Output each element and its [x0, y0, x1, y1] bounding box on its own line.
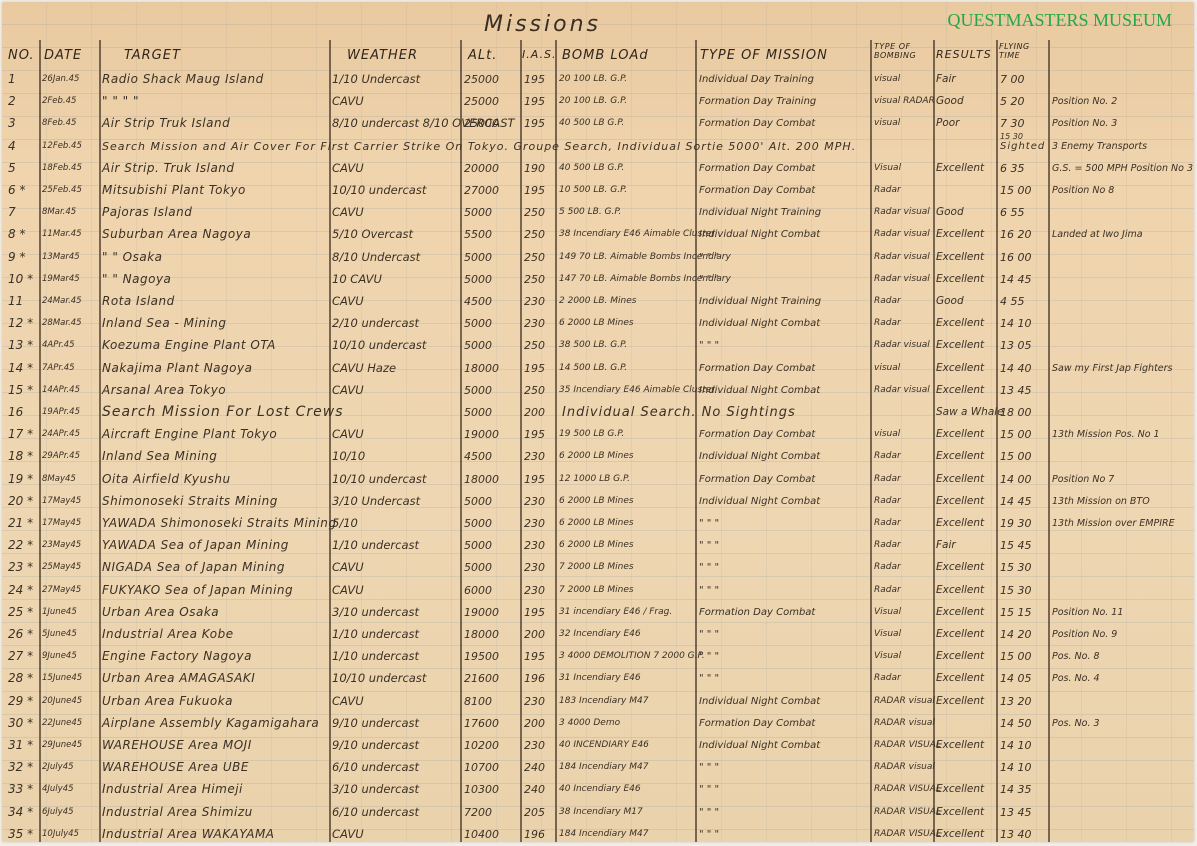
- table-row: 6 *25Feb.45Mitsubishi Plant Tokyo10/10 u…: [2, 179, 1194, 202]
- mission-type: Formation Day Combat: [699, 112, 869, 135]
- mission-bombing-type: Visual: [874, 623, 934, 646]
- mission-flying-time: 13 20: [1000, 690, 1046, 713]
- mission-number: 18 *: [8, 445, 42, 468]
- mission-bombing-type: Radar visual: [874, 334, 934, 357]
- table-row: 24 *27May45FUKYAKO Sea of Japan MiningCA…: [2, 579, 1194, 602]
- mission-type: Formation Day Combat: [699, 468, 869, 491]
- mission-type: Individual Night Training: [699, 201, 869, 224]
- mission-altitude: 7200: [464, 801, 520, 824]
- mission-altitude: 18000: [464, 623, 520, 646]
- mission-bomb-load: 5 500 LB. G.P.: [559, 201, 695, 224]
- mission-number: 26 *: [8, 623, 42, 646]
- mission-altitude: 4500: [464, 290, 520, 313]
- mission-airspeed: 195: [524, 179, 554, 202]
- mission-results: Fair: [936, 534, 996, 557]
- mission-notes: Position No. 2: [1052, 90, 1194, 113]
- mission-airspeed: 250: [524, 334, 554, 357]
- mission-number: 20 *: [8, 490, 42, 513]
- mission-bomb-load: 149 70 LB. Aimable Bombs Incendiary: [559, 246, 695, 269]
- mission-date: 25Feb.45: [42, 179, 100, 202]
- mission-bomb-load: 6 2000 LB Mines: [559, 312, 695, 335]
- mission-number: 9 *: [8, 246, 42, 269]
- mission-flying-time: 16 00: [1000, 246, 1046, 269]
- mission-flying-time: 13 45: [1000, 801, 1046, 824]
- header-bomb-load: BOMB LOAd: [562, 48, 649, 63]
- mission-target: Urban Area AMAGASAKI: [102, 667, 328, 690]
- mission-results: Excellent: [936, 823, 996, 842]
- mission-altitude: 10300: [464, 778, 520, 801]
- mission-weather: 10/10 undercast: [332, 468, 460, 491]
- mission-results: Excellent: [936, 246, 996, 269]
- mission-bombing-type: Radar visual: [874, 201, 934, 224]
- mission-date: 8Mar.45: [42, 201, 100, 224]
- mission-bomb-load: 38 Incendiary M17: [559, 801, 695, 824]
- mission-description-span: Search Mission For Lost Crews: [102, 401, 344, 424]
- mission-bomb-load: 6 2000 LB Mines: [559, 512, 695, 535]
- mission-date: 6July45: [42, 801, 100, 824]
- mission-target: Pajoras Island: [102, 201, 328, 224]
- mission-results: Excellent: [936, 357, 996, 380]
- header-flying-time: FLYING TIME: [999, 42, 1045, 60]
- mission-bomb-load: 31 Incendiary E46: [559, 667, 695, 690]
- mission-altitude: 5000: [464, 268, 520, 291]
- mission-type: Individual Night Training: [699, 290, 869, 313]
- mission-flying-time: 13 45: [1000, 379, 1046, 402]
- mission-airspeed: 230: [524, 290, 554, 313]
- mission-weather: CAVU: [332, 157, 460, 180]
- mission-bombing-type: Visual: [874, 601, 934, 624]
- mission-number: 16: [8, 401, 42, 424]
- mission-results: Excellent: [936, 490, 996, 513]
- mission-target: Suburban Area Nagoya: [102, 223, 328, 246]
- mission-type: " " ": [699, 645, 869, 668]
- mission-bombing-type: RADAR VISUAL: [874, 823, 934, 842]
- mission-airspeed: 250: [524, 201, 554, 224]
- mission-bomb-load: 20 100 LB. G.P.: [559, 68, 695, 91]
- mission-target: Airplane Assembly Kagamigahara: [102, 712, 328, 735]
- mission-date: 18Feb.45: [42, 157, 100, 180]
- mission-target: Mitsubishi Plant Tokyo: [102, 179, 328, 202]
- table-row: 126Jan.45Radio Shack Maug Island1/10 Und…: [2, 68, 1194, 91]
- mission-target: Air Strip Truk Island: [102, 112, 328, 135]
- mission-flying-time: 14 50: [1000, 712, 1046, 735]
- mission-flying-time: 14 45: [1000, 268, 1046, 291]
- mission-weather: 1/10 undercast: [332, 623, 460, 646]
- mission-results: Saw a Whale: [936, 401, 996, 424]
- mission-bomb-load: 40 Incendiary E46: [559, 778, 695, 801]
- mission-number: 8 *: [8, 223, 42, 246]
- mission-weather: CAVU: [332, 379, 460, 402]
- mission-notes: 13th Mission on BTO: [1052, 490, 1194, 513]
- mission-bombing-type: Radar: [874, 179, 934, 202]
- mission-altitude: 21600: [464, 667, 520, 690]
- mission-airspeed: 250: [524, 268, 554, 291]
- mission-target: Radio Shack Maug Island: [102, 68, 328, 91]
- mission-target: NIGADA Sea of Japan Mining: [102, 556, 328, 579]
- mission-date: 13Mar45: [42, 246, 100, 269]
- mission-date: 2Feb.45: [42, 90, 100, 113]
- mission-results: Excellent: [936, 512, 996, 535]
- mission-target: Engine Factory Nagoya: [102, 645, 328, 668]
- mission-altitude: 10200: [464, 734, 520, 757]
- mission-number: 21 *: [8, 512, 42, 535]
- mission-date: 25May45: [42, 556, 100, 579]
- mission-date: 19APr.45: [42, 401, 100, 424]
- mission-airspeed: 230: [524, 734, 554, 757]
- mission-airspeed: 200: [524, 623, 554, 646]
- mission-number: 23 *: [8, 556, 42, 579]
- table-row: 29 *20June45Urban Area FukuokaCAVU810023…: [2, 690, 1194, 713]
- mission-bombing-type: Radar: [874, 490, 934, 513]
- mission-number: 22 *: [8, 534, 42, 557]
- mission-date: 17May45: [42, 512, 100, 535]
- table-row: 17 *24APr.45Aircraft Engine Plant TokyoC…: [2, 423, 1194, 446]
- mission-altitude: 19000: [464, 423, 520, 446]
- mission-flying-time: 15 30: [1000, 556, 1046, 579]
- mission-airspeed: 205: [524, 801, 554, 824]
- mission-weather: CAVU: [332, 290, 460, 313]
- mission-flying-time: 14 40: [1000, 357, 1046, 380]
- header-results: RESULTS: [936, 48, 992, 61]
- mission-target: YAWADA Shimonoseki Straits Mining: [102, 512, 328, 535]
- mission-type: " " ": [699, 579, 869, 602]
- mission-number: 33 *: [8, 778, 42, 801]
- table-row: 22Feb.45" " " "CAVU2500019520 100 LB. G.…: [2, 90, 1194, 113]
- mission-target: Inland Sea Mining: [102, 445, 328, 468]
- mission-flying-time: 6 55: [1000, 201, 1046, 224]
- mission-date: 29June45: [42, 734, 100, 757]
- mission-type: Formation Day Combat: [699, 601, 869, 624]
- mission-date: 24Mar.45: [42, 290, 100, 313]
- mission-airspeed: 200: [524, 712, 554, 735]
- header-no: NO.: [8, 48, 35, 63]
- mission-altitude: 5000: [464, 534, 520, 557]
- mission-number: 7: [8, 201, 42, 224]
- mission-date: 9June45: [42, 645, 100, 668]
- page-title: Missions: [484, 12, 601, 37]
- mission-type: Individual Night Combat: [699, 312, 869, 335]
- mission-flying-time: 14 45: [1000, 490, 1046, 513]
- mission-weather: 1/10 Undercast: [332, 68, 460, 91]
- mission-type: Formation Day Combat: [699, 157, 869, 180]
- table-row: 13 *4APr.45Koezuma Engine Plant OTA10/10…: [2, 334, 1194, 357]
- mission-flying-time: 14 00: [1000, 468, 1046, 491]
- mission-results: Excellent: [936, 223, 996, 246]
- mission-airspeed: 240: [524, 778, 554, 801]
- mission-type: " " ": [699, 623, 869, 646]
- mission-bomb-load: 19 500 LB G.P.: [559, 423, 695, 446]
- mission-notes: Pos. No. 4: [1052, 667, 1194, 690]
- mission-bombing-type: Radar: [874, 667, 934, 690]
- mission-flying-time: 13 40: [1000, 823, 1046, 842]
- mission-number: 3: [8, 112, 42, 135]
- mission-bomb-load: 14 500 LB. G.P.: [559, 357, 695, 380]
- mission-airspeed: 230: [524, 445, 554, 468]
- mission-bombing-type: RADAR VISUAL: [874, 801, 934, 824]
- mission-bombing-type: Radar: [874, 445, 934, 468]
- mission-altitude: 4500: [464, 445, 520, 468]
- mission-bomb-load: 40 INCENDIARY E46: [559, 734, 695, 757]
- mission-results: Excellent: [936, 667, 996, 690]
- mission-target: Shimonoseki Straits Mining: [102, 490, 328, 513]
- table-row: 12 *28Mar.45Inland Sea - Mining2/10 unde…: [2, 312, 1194, 335]
- mission-type: Individual Night Combat: [699, 445, 869, 468]
- mission-weather: 1/10 undercast: [332, 645, 460, 668]
- mission-bombing-type: RADAR visual: [874, 712, 934, 735]
- mission-weather: 8/10 undercast 8/10 OVERCAST: [332, 112, 460, 135]
- mission-airspeed: 195: [524, 601, 554, 624]
- mission-date: 17May45: [42, 490, 100, 513]
- table-row: 19 *8May45Oita Airfield Kyushu10/10 unde…: [2, 468, 1194, 491]
- mission-bombing-type: Radar visual: [874, 246, 934, 269]
- mission-results: Excellent: [936, 579, 996, 602]
- mission-bombing-type: Radar visual: [874, 268, 934, 291]
- mission-notes: Pos. No. 3: [1052, 712, 1194, 735]
- table-row: 28 *15June45Urban Area AMAGASAKI10/10 un…: [2, 667, 1194, 690]
- mission-weather: CAVU: [332, 90, 460, 113]
- mission-date: 14APr.45: [42, 379, 100, 402]
- mission-airspeed: 196: [524, 823, 554, 842]
- mission-weather: 2/10 undercast: [332, 312, 460, 335]
- mission-description-span: Individual Search. No Sightings: [562, 401, 796, 424]
- mission-date: 23May45: [42, 534, 100, 557]
- mission-results: Excellent: [936, 312, 996, 335]
- mission-target: Oita Airfield Kyushu: [102, 468, 328, 491]
- table-row: 9 *13Mar45" " Osaka8/10 Undercast5000250…: [2, 246, 1194, 269]
- mission-bomb-load: 6 2000 LB Mines: [559, 445, 695, 468]
- mission-bombing-type: visual: [874, 68, 934, 91]
- mission-results: Excellent: [936, 623, 996, 646]
- mission-number: 29 *: [8, 690, 42, 713]
- table-row: 34 *6July45Industrial Area Shimizu6/10 u…: [2, 801, 1194, 824]
- mission-altitude: 25000: [464, 112, 520, 135]
- mission-altitude: 5000: [464, 312, 520, 335]
- mission-airspeed: 250: [524, 223, 554, 246]
- mission-target: " " Osaka: [102, 246, 328, 269]
- mission-flying-time: 15 00: [1000, 445, 1046, 468]
- mission-bombing-type: Radar visual: [874, 379, 934, 402]
- mission-date: 29APr.45: [42, 445, 100, 468]
- mission-notes: Position No 7: [1052, 468, 1194, 491]
- mission-bombing-type: RADAR VISUAL: [874, 778, 934, 801]
- table-row: 33 *4July45Industrial Area Himeji3/10 un…: [2, 778, 1194, 801]
- mission-bomb-load: 6 2000 LB Mines: [559, 534, 695, 557]
- mission-number: 17 *: [8, 423, 42, 446]
- mission-weather: 6/10 undercast: [332, 756, 460, 779]
- mission-notes: 13th Mission Pos. No 1: [1052, 423, 1194, 446]
- mission-date: 5June45: [42, 623, 100, 646]
- mission-number: 10 *: [8, 268, 42, 291]
- mission-target: " " " ": [102, 90, 328, 113]
- mission-type: Formation Day Combat: [699, 423, 869, 446]
- mission-weather: 3/10 undercast: [332, 601, 460, 624]
- mission-description-span: Search Mission and Air Cover For First C…: [102, 135, 856, 158]
- mission-target: " " Nagoya: [102, 268, 328, 291]
- mission-notes: Landed at Iwo Jima: [1052, 223, 1194, 246]
- mission-bomb-load: 184 Incendiary M47: [559, 823, 695, 842]
- mission-results: Good: [936, 201, 996, 224]
- mission-date: 28Mar.45: [42, 312, 100, 335]
- mission-bombing-type: Radar: [874, 534, 934, 557]
- mission-altitude: 8100: [464, 690, 520, 713]
- mission-results: Excellent: [936, 445, 996, 468]
- mission-altitude: 10700: [464, 756, 520, 779]
- mission-flying-time: 19 30: [1000, 512, 1046, 535]
- mission-flying-time: 18 00: [1000, 401, 1046, 424]
- mission-altitude: 5000: [464, 334, 520, 357]
- mission-results: Excellent: [936, 601, 996, 624]
- mission-bomb-load: 12 1000 LB G.P.: [559, 468, 695, 491]
- mission-airspeed: 200: [524, 401, 554, 424]
- mission-airspeed: 195: [524, 423, 554, 446]
- header-ias: I.A.S.: [522, 48, 556, 61]
- mission-bomb-load: 184 Incendiary M47: [559, 756, 695, 779]
- mission-altitude: 19500: [464, 645, 520, 668]
- mission-bomb-load: 32 Incendiary E46: [559, 623, 695, 646]
- mission-bombing-type: visual: [874, 423, 934, 446]
- mission-type: Formation Day Combat: [699, 712, 869, 735]
- table-row: 1619APr.455000200Saw a Whale18 00Search …: [2, 401, 1194, 424]
- mission-flying-time: 14 35: [1000, 778, 1046, 801]
- mission-weather: 10 CAVU: [332, 268, 460, 291]
- table-row: 78Mar.45Pajoras IslandCAVU50002505 500 L…: [2, 201, 1194, 224]
- mission-target: Industrial Area WAKAYAMA: [102, 823, 328, 842]
- mission-date: 22June45: [42, 712, 100, 735]
- mission-number: 32 *: [8, 756, 42, 779]
- mission-type: Individual Night Combat: [699, 734, 869, 757]
- mission-bombing-type: RADAR VISUAL: [874, 734, 934, 757]
- header-weather: WEATHER: [347, 48, 418, 63]
- header-date: DATE: [44, 48, 82, 63]
- mission-bombing-type: Radar: [874, 290, 934, 313]
- mission-bomb-load: 3 4000 DEMOLITION 7 2000 G.P.: [559, 645, 695, 668]
- header-type-of-mission: TYPE OF MISSION: [700, 48, 828, 63]
- mission-weather: CAVU: [332, 201, 460, 224]
- mission-target: Urban Area Osaka: [102, 601, 328, 624]
- mission-number: 31 *: [8, 734, 42, 757]
- mission-bomb-load: 40 500 LB G.P.: [559, 112, 695, 135]
- mission-number: 35 *: [8, 823, 42, 842]
- mission-number: 28 *: [8, 667, 42, 690]
- mission-target: YAWADA Sea of Japan Mining: [102, 534, 328, 557]
- mission-bomb-load: 183 Incendiary M47: [559, 690, 695, 713]
- mission-altitude: 5000: [464, 246, 520, 269]
- mission-airspeed: 230: [524, 312, 554, 335]
- mission-date: 27May45: [42, 579, 100, 602]
- mission-target: Aircraft Engine Plant Tokyo: [102, 423, 328, 446]
- table-row: 23 *25May45NIGADA Sea of Japan MiningCAV…: [2, 556, 1194, 579]
- mission-bombing-type: RADAR visual: [874, 756, 934, 779]
- mission-airspeed: 230: [524, 690, 554, 713]
- mission-number: 19 *: [8, 468, 42, 491]
- mission-type: Individual Day Training: [699, 68, 869, 91]
- mission-weather: 9/10 undercast: [332, 712, 460, 735]
- mission-sighted-note: Sighted: [1000, 135, 1045, 158]
- mission-altitude: 5500: [464, 223, 520, 246]
- mission-type: Individual Night Combat: [699, 379, 869, 402]
- mission-flying-time: 14 10: [1000, 312, 1046, 335]
- mission-altitude: 27000: [464, 179, 520, 202]
- mission-date: 7APr.45: [42, 357, 100, 380]
- mission-results: Excellent: [936, 690, 996, 713]
- mission-target: Inland Sea - Mining: [102, 312, 328, 335]
- mission-weather: 10/10 undercast: [332, 667, 460, 690]
- mission-number: 30 *: [8, 712, 42, 735]
- mission-type: " " ": [699, 556, 869, 579]
- mission-date: 24APr.45: [42, 423, 100, 446]
- mission-bomb-load: 40 500 LB G.P.: [559, 157, 695, 180]
- mission-airspeed: 230: [524, 490, 554, 513]
- table-row: 518Feb.45Air Strip. Truk IslandCAVU20000…: [2, 157, 1194, 180]
- mission-type: " " ": [699, 801, 869, 824]
- mission-date: 8May45: [42, 468, 100, 491]
- mission-airspeed: 230: [524, 579, 554, 602]
- mission-results: Good: [936, 90, 996, 113]
- table-row: 22 *23May45YAWADA Sea of Japan Mining1/1…: [2, 534, 1194, 557]
- mission-bomb-load: 2 2000 LB. Mines: [559, 290, 695, 313]
- mission-flying-time: 13 05: [1000, 334, 1046, 357]
- mission-notes: Saw my First Jap Fighters: [1052, 357, 1194, 380]
- table-row: 15 *14APr.45Arsanal Area TokyoCAVU500025…: [2, 379, 1194, 402]
- mission-target: Koezuma Engine Plant OTA: [102, 334, 328, 357]
- mission-notes: 13th Mission over EMPIRE: [1052, 512, 1194, 535]
- mission-altitude: 6000: [464, 579, 520, 602]
- mission-number: 13 *: [8, 334, 42, 357]
- mission-number: 6 *: [8, 179, 42, 202]
- mission-altitude: 25000: [464, 90, 520, 113]
- mission-airspeed: 230: [524, 556, 554, 579]
- mission-notes: Position No. 9: [1052, 623, 1194, 646]
- mission-log-sheet: QUESTMASTERS MUSEUM Missions NO. DATE TA…: [2, 2, 1194, 842]
- mission-airspeed: 195: [524, 357, 554, 380]
- mission-altitude: 25000: [464, 68, 520, 91]
- mission-number: 4: [8, 135, 42, 158]
- mission-bombing-type: Radar visual: [874, 223, 934, 246]
- mission-bombing-type: Visual: [874, 645, 934, 668]
- mission-flying-time: 14 10: [1000, 756, 1046, 779]
- mission-results: Excellent: [936, 423, 996, 446]
- mission-altitude: 10400: [464, 823, 520, 842]
- mission-flying-time: 14 20: [1000, 623, 1046, 646]
- mission-results: Excellent: [936, 778, 996, 801]
- mission-bomb-load: 38 500 LB. G.P.: [559, 334, 695, 357]
- mission-altitude: 5000: [464, 512, 520, 535]
- mission-type: " " ": [699, 823, 869, 842]
- mission-date: 26Jan.45: [42, 68, 100, 91]
- mission-bombing-type: Radar: [874, 312, 934, 335]
- mission-flying-time: 15 00: [1000, 179, 1046, 202]
- table-row: 20 *17May45Shimonoseki Straits Mining3/1…: [2, 490, 1194, 513]
- mission-number: 1: [8, 68, 42, 91]
- mission-number: 24 *: [8, 579, 42, 602]
- mission-altitude: 5000: [464, 490, 520, 513]
- mission-bombing-type: visual: [874, 112, 934, 135]
- mission-bomb-load: 31 incendiary E46 / Frag.: [559, 601, 695, 624]
- mission-altitude: 5000: [464, 556, 520, 579]
- mission-target: Nakajima Plant Nagoya: [102, 357, 328, 380]
- mission-bomb-load: 20 100 LB. G.P.: [559, 90, 695, 113]
- mission-type: " " ": [699, 756, 869, 779]
- mission-bombing-type: Visual: [874, 157, 934, 180]
- table-row: 25 *1June45Urban Area Osaka3/10 undercas…: [2, 601, 1194, 624]
- mission-flying-time: 5 20: [1000, 90, 1046, 113]
- mission-flying-time: 14 05: [1000, 667, 1046, 690]
- mission-target: Industrial Area Kobe: [102, 623, 328, 646]
- mission-airspeed: 240: [524, 756, 554, 779]
- header-type-of-bombing: TYPE OF BOMBING: [874, 42, 932, 60]
- mission-target: Rota Island: [102, 290, 328, 313]
- mission-target: FUKYAKO Sea of Japan Mining: [102, 579, 328, 602]
